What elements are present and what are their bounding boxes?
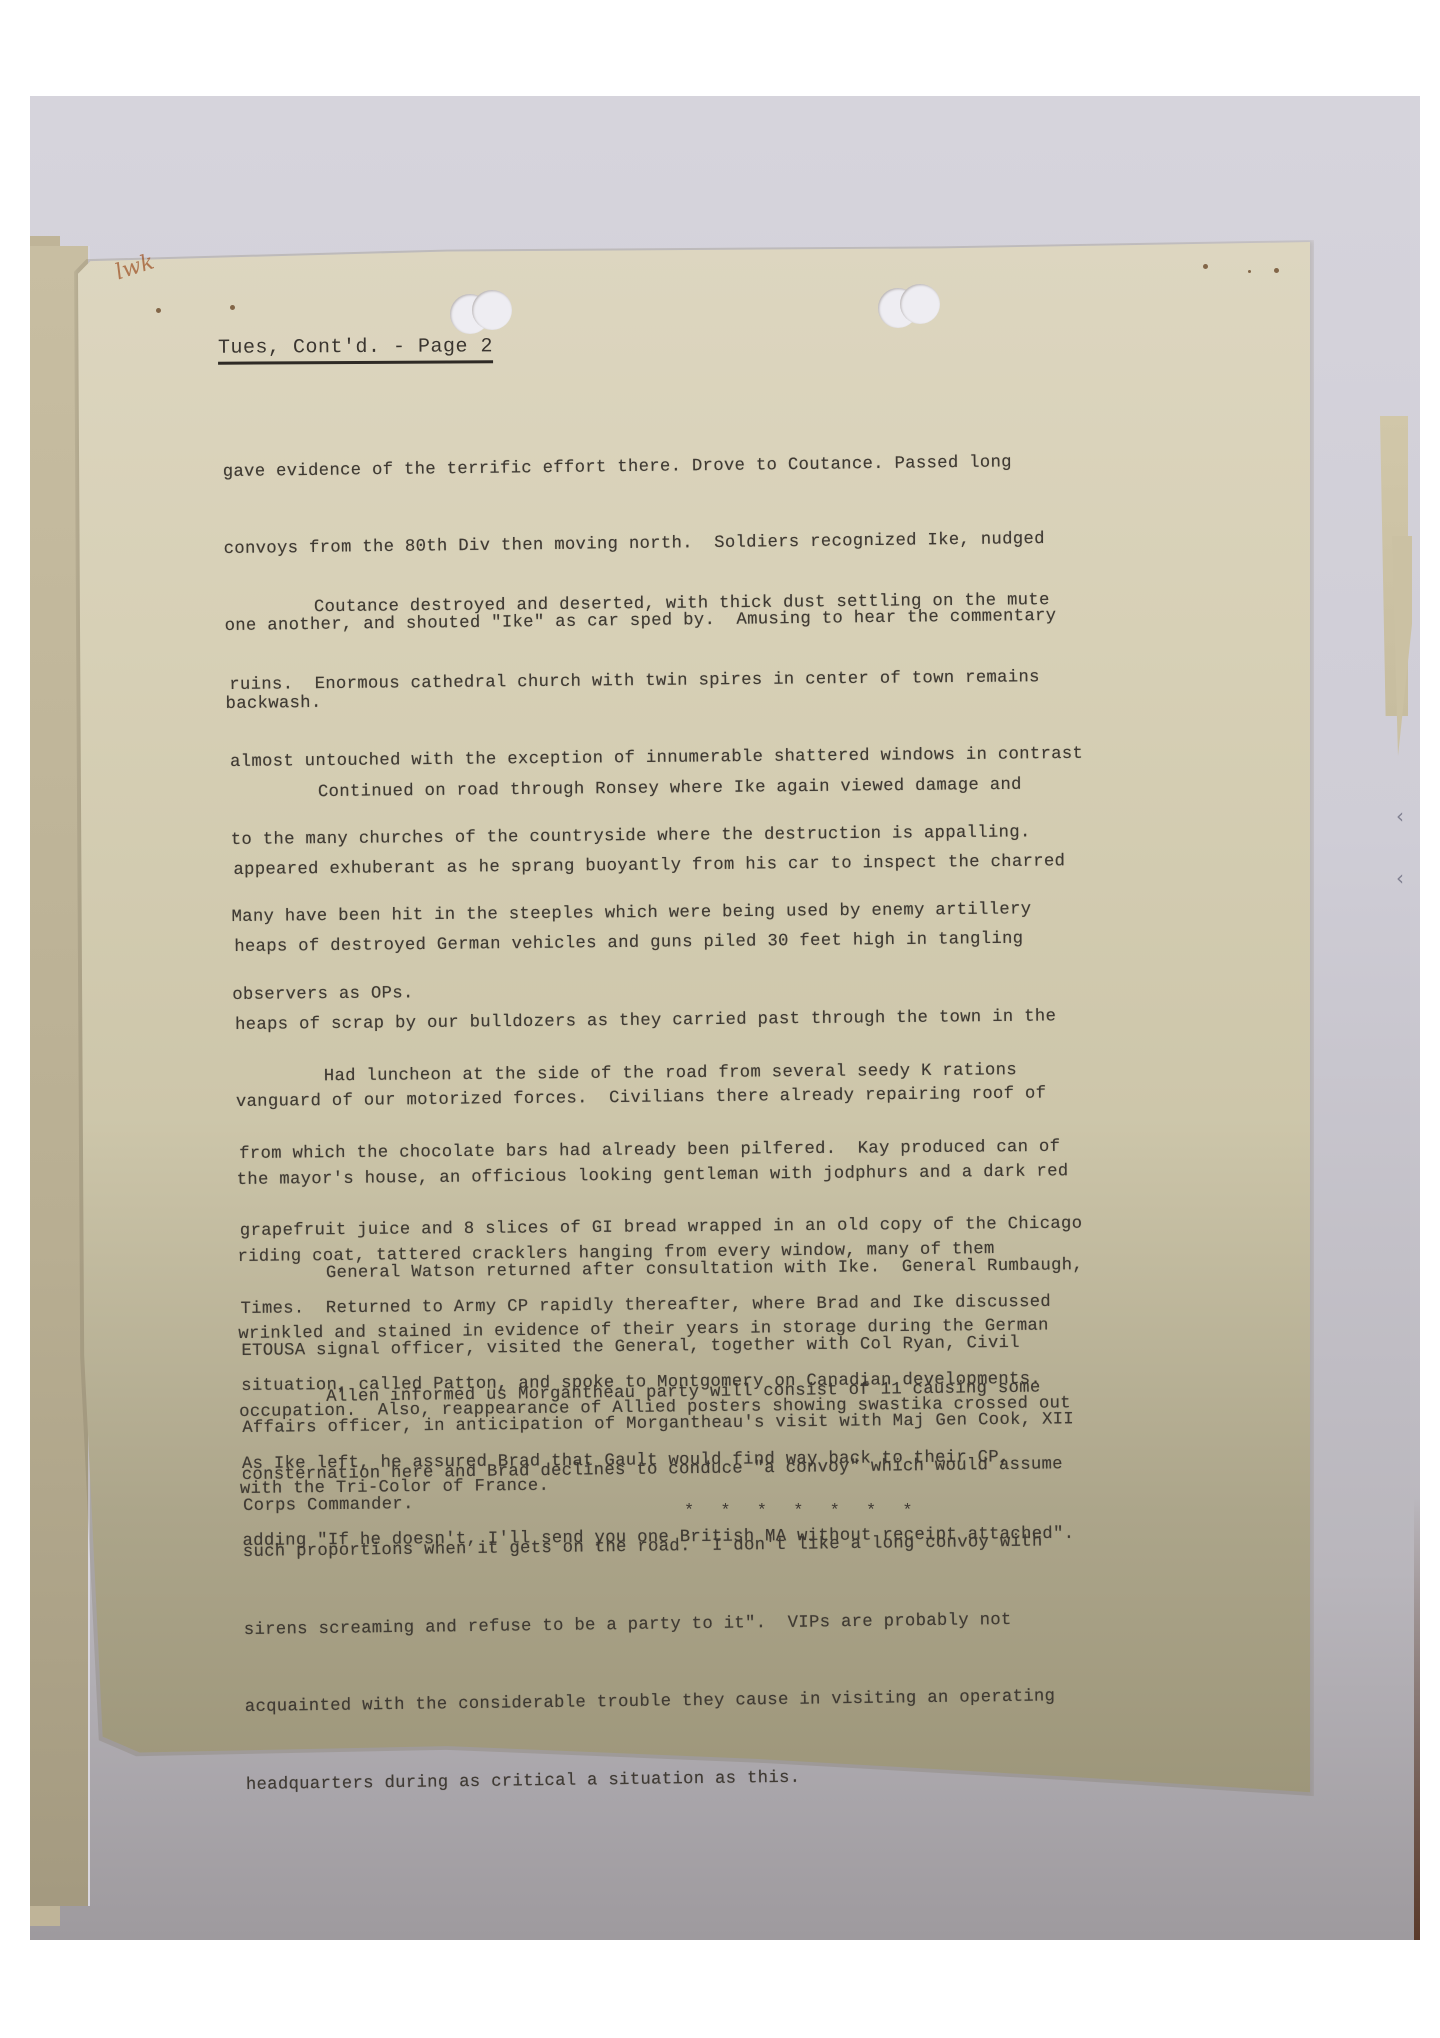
paragraph-6: Allen informed us Morgantheau party will… (240, 1323, 1068, 1850)
text-line: Continued on road through Ronsey where I… (233, 772, 1065, 807)
text-line: from which the chocolate bars had alread… (239, 1135, 1082, 1168)
text-line: gave evidence of the terrific effort the… (223, 449, 1055, 485)
text-line: Had luncheon at the side of the road fro… (238, 1057, 1081, 1090)
text-line: consternation here and Brad declines to … (242, 1452, 1063, 1489)
text-line: heaps of destroyed German vehicles and g… (234, 927, 1066, 962)
text-line: acquainted with the considerable trouble… (245, 1684, 1066, 1721)
text-line: headquarters during as critical a situat… (246, 1762, 1067, 1799)
end-of-section-mark: * * * * * * * (684, 1502, 921, 1521)
page-heading: Tues, Cont'd. - Page 2 (218, 335, 493, 364)
text-line: Coutance destroyed and deserted, with th… (228, 587, 1081, 621)
text-line: General Watson returned after consultati… (241, 1253, 1084, 1288)
text-line: ruins. Enormous cathedral church with tw… (229, 665, 1082, 699)
text-line: sirens screaming and refuse to be a part… (244, 1607, 1065, 1644)
text-line: Allen informed us Morgantheau party will… (241, 1375, 1062, 1412)
document-body: Tues, Cont'd. - Page 2 gave evidence of … (0, 0, 1440, 2038)
text-line: appeared exhuberant as he sprang buoyant… (233, 849, 1065, 884)
text-line: such proportions when it gets on the roa… (243, 1530, 1064, 1567)
